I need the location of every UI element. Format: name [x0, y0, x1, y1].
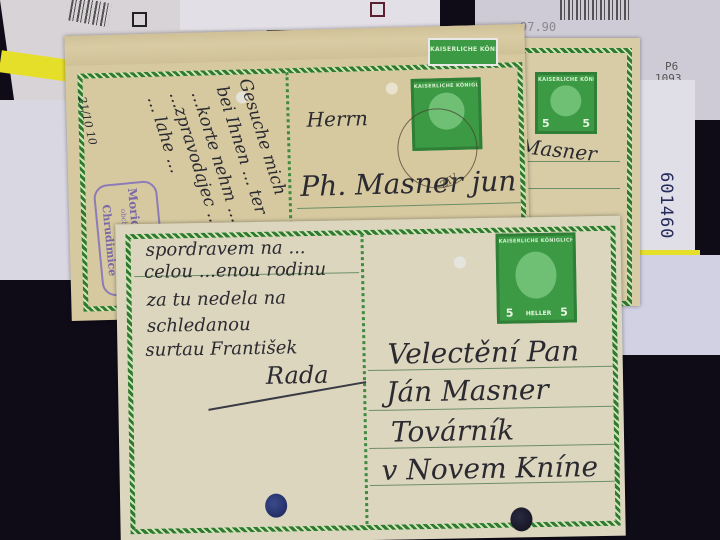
address-line-3: Továrník — [391, 414, 515, 449]
stamp-value-right: 5 — [560, 306, 568, 319]
postcard-front[interactable]: spordravem na ... celou ...enou rodinu z… — [115, 216, 626, 540]
address-line-2: Ján Masner — [386, 373, 549, 409]
signature: Rada — [266, 361, 329, 390]
salutation: Herrn — [306, 106, 368, 132]
receipt-vertical-number: 601460 — [656, 172, 676, 239]
receipt-paper-top — [180, 0, 440, 30]
receipt-checkbox — [132, 12, 147, 27]
receipt-checkbox-2 — [370, 2, 385, 17]
barcode-receipt — [560, 0, 630, 20]
address-line-4: v Novem Kníne — [381, 450, 598, 487]
emperor-portrait — [515, 251, 557, 299]
stamp-value: 5 — [582, 117, 590, 130]
address-line-1: Velectění Pan — [387, 334, 579, 370]
punch-hole-blue — [510, 507, 532, 531]
message-line: schledanou — [147, 314, 251, 337]
emperor-portrait — [550, 85, 581, 116]
postage-stamp-right: KAISERLICHE KÖNIGLICHE ÖSTERREICHISCHE 5… — [535, 72, 597, 134]
message-line: surtau František — [145, 337, 297, 361]
message-line: spordravem na ... — [146, 237, 306, 261]
message-line: za tu nedela na — [146, 287, 286, 310]
stamp-value: 5 — [542, 117, 550, 130]
postage-stamp-partial: KAISERLICHE KÖNIGLICHE — [428, 38, 498, 66]
stamp-value-left: 5 — [506, 306, 514, 319]
postage-stamp-front: KAISERLICHE KÖNIGLICHE ÖSTERREICHISCHE 5… — [495, 232, 577, 323]
message-line: celou ...enou rodinu — [144, 259, 326, 283]
receipt-price: 97.90 — [520, 20, 556, 34]
stamp-currency: HELLER — [526, 310, 552, 317]
